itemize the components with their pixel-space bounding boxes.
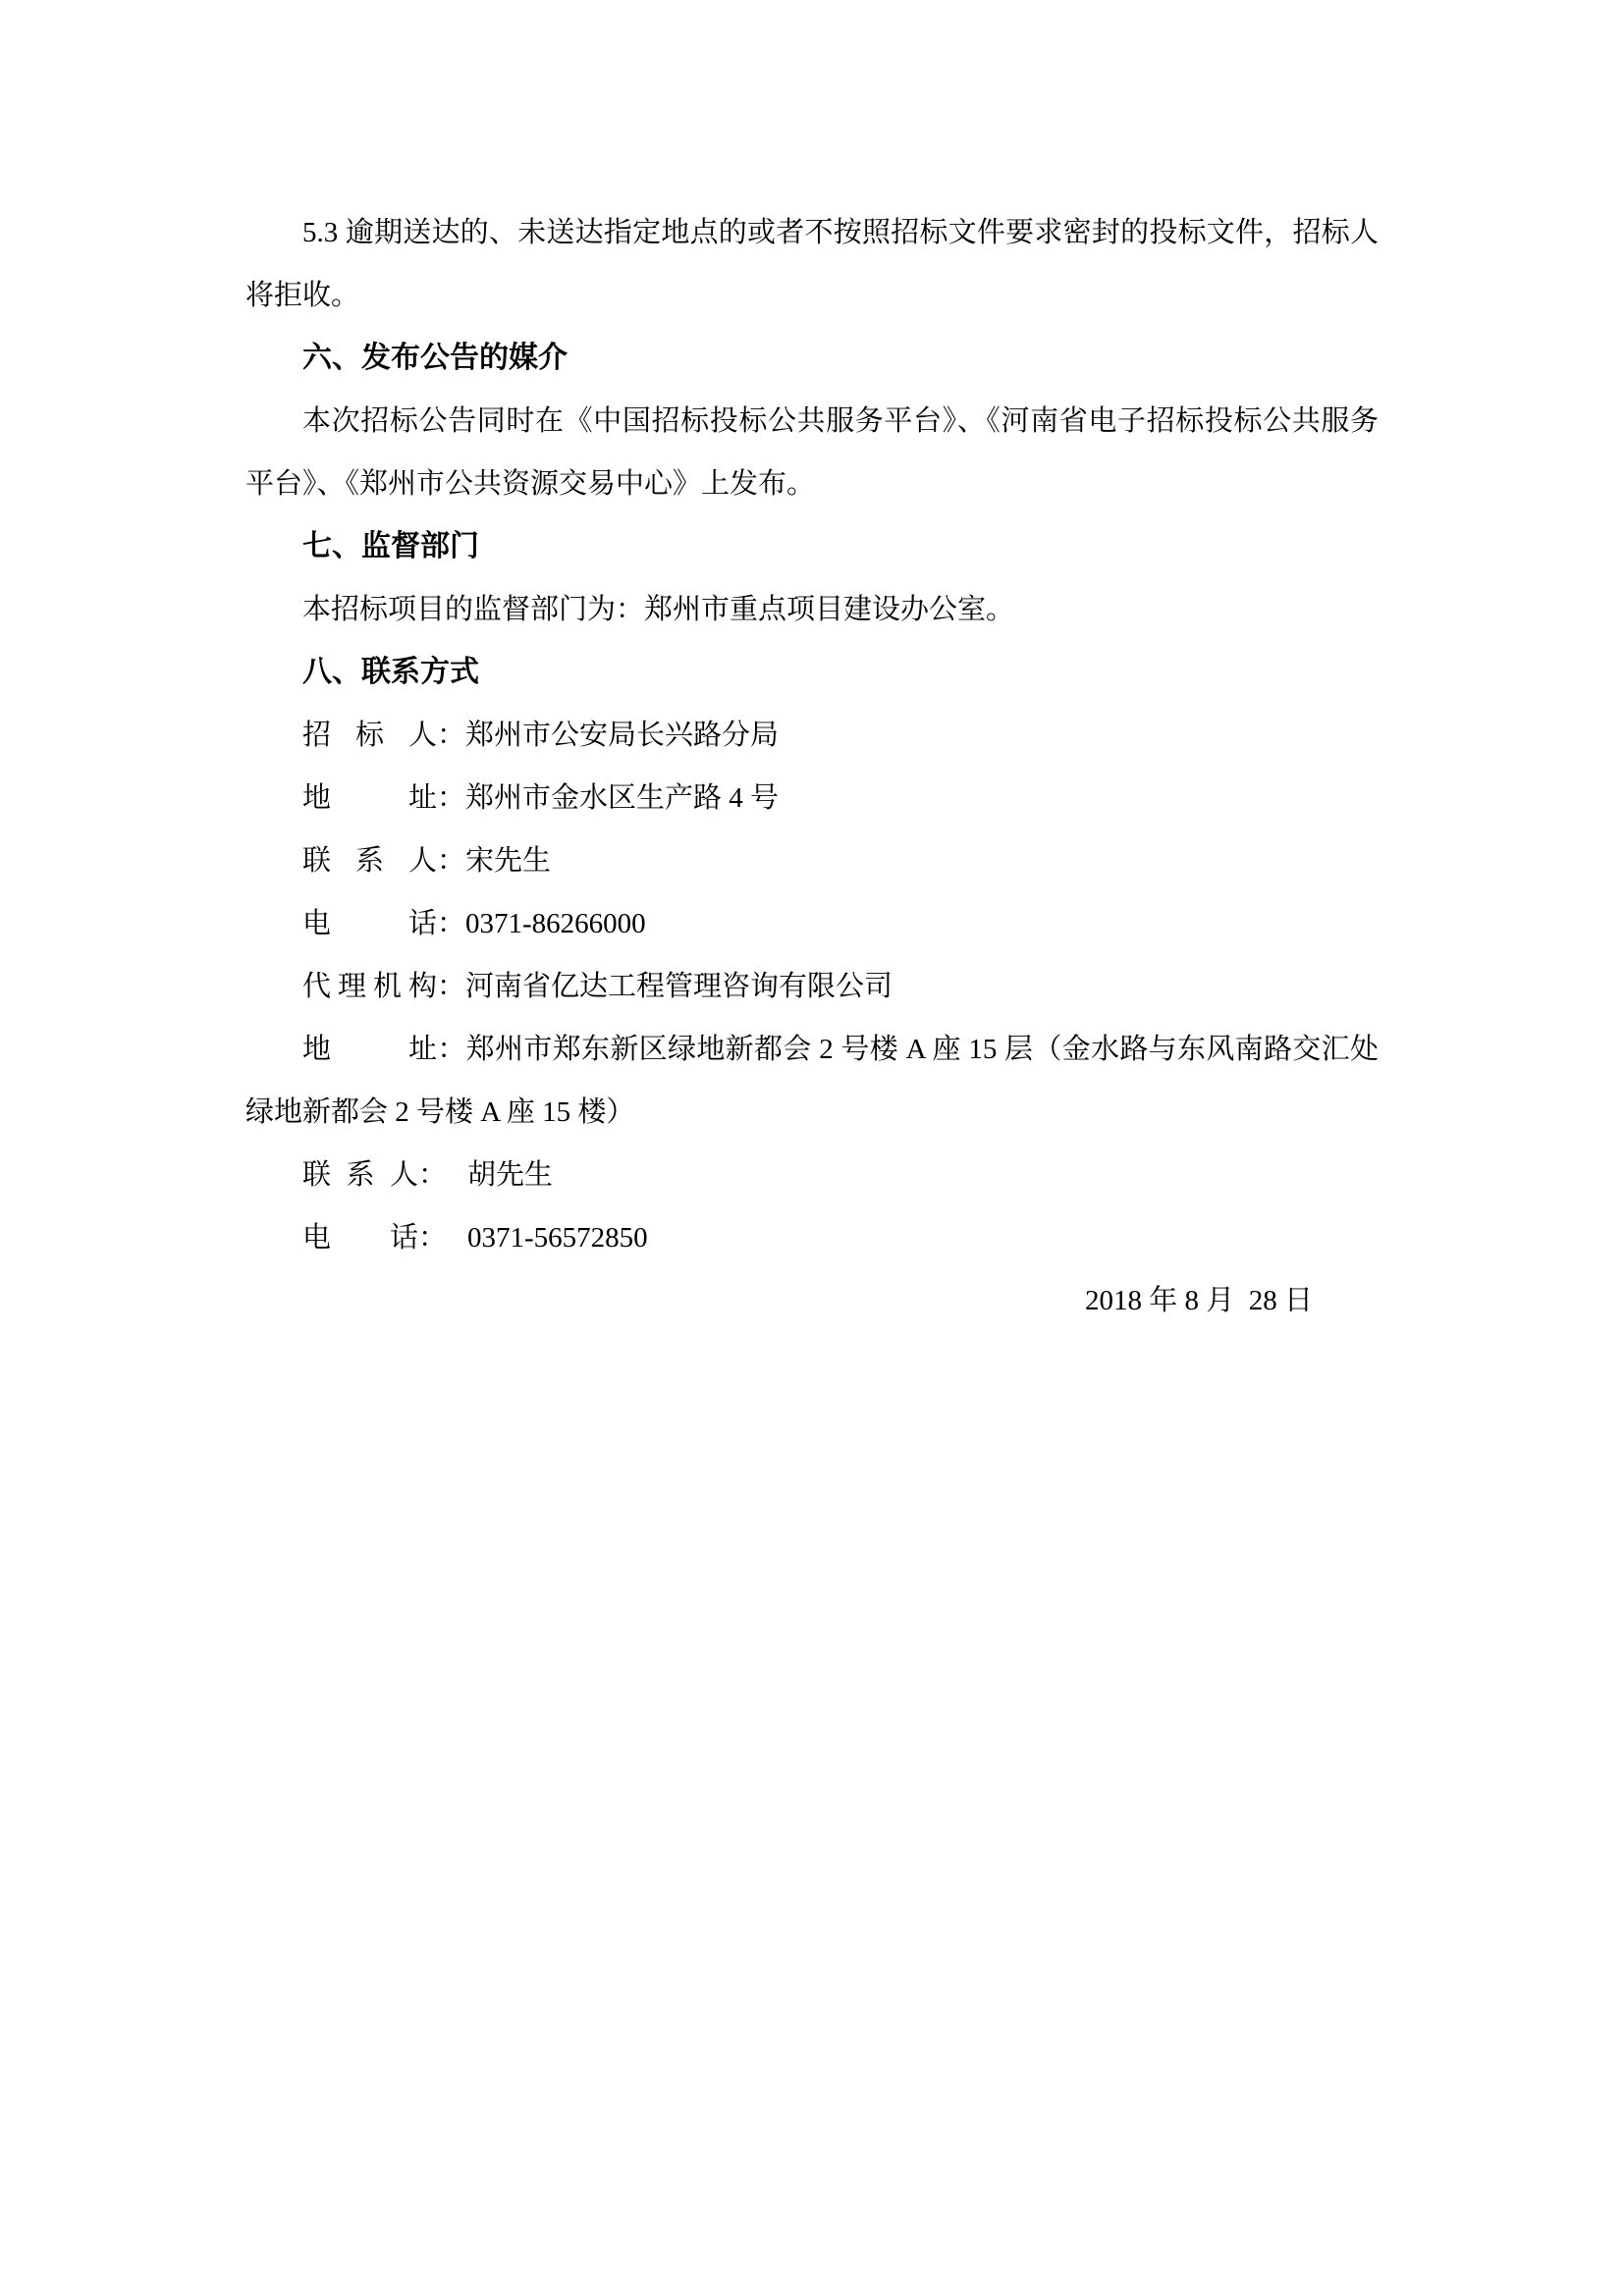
contact-label-tenderer: 招标人: [302, 704, 437, 767]
contact-label-tenderer-person: 联系人: [302, 829, 437, 892]
contact-label-tenderer-phone: 电话: [302, 892, 437, 955]
contact-label-agency-person: 联系人: [302, 1144, 418, 1206]
supervision-paragraph: 本招标项目的监督部门为：郑州市重点项目建设办公室。: [245, 578, 1379, 641]
contact-label-agency-phone: 电话: [302, 1206, 418, 1269]
contact-row-tenderer: 招标人：郑州市公安局长兴路分局: [245, 704, 1379, 767]
section-heading-contact: 八、联系方式: [245, 641, 1379, 704]
contact-row-tenderer-address: 地址：郑州市金水区生产路 4 号: [245, 767, 1379, 829]
date-line: 2018 年 8 月 28 日: [245, 1269, 1379, 1332]
contact-value-agency-person: 胡先生: [467, 1159, 553, 1191]
contact-value-agency: 河南省亿达工程管理咨询有限公司: [465, 971, 893, 1002]
contact-colon: ：: [437, 908, 465, 939]
contact-row-agency-address: 地址：郑州市郑东新区绿地新都会 2 号楼 A 座 15 层（金水路与东风南路交汇…: [245, 1018, 1379, 1144]
section-heading-media: 六、发布公告的媒介: [245, 327, 1379, 390]
contact-colon: ：: [418, 1222, 447, 1254]
contact-row-agency: 代理机构：河南省亿达工程管理咨询有限公司: [245, 955, 1379, 1018]
section-heading-supervision: 七、监督部门: [245, 515, 1379, 578]
contact-colon: ：: [437, 845, 465, 877]
contact-colon: ：: [418, 1159, 447, 1191]
contact-label-agency: 代理机构: [302, 955, 437, 1018]
contact-colon: ：: [437, 720, 465, 751]
contact-value-tenderer-person: 宋先生: [465, 845, 551, 877]
contact-colon: ：: [437, 971, 465, 1002]
contact-colon: ：: [437, 1034, 466, 1065]
contact-label-agency-address: 地址: [302, 1018, 437, 1081]
contact-row-tenderer-phone: 电话：0371-86266000: [245, 892, 1379, 955]
media-paragraph: 本次招标公告同时在《中国招标投标公共服务平台》、《河南省电子招标投标公共服务平台…: [245, 390, 1379, 515]
contact-value-agency-phone: 0371-56572850: [467, 1222, 648, 1254]
contact-colon: ：: [437, 782, 465, 814]
clause-5-3-paragraph: 5.3 逾期送达的、未送达指定地点的或者不按照招标文件要求密封的投标文件，招标人…: [245, 201, 1379, 327]
contact-value-tenderer-address: 郑州市金水区生产路 4 号: [465, 782, 779, 814]
contact-row-tenderer-person: 联系人：宋先生: [245, 829, 1379, 892]
contact-row-agency-person: 联系人：胡先生: [245, 1144, 1379, 1206]
contact-row-agency-phone: 电话：0371-56572850: [245, 1206, 1379, 1269]
document-page: 5.3 逾期送达的、未送达指定地点的或者不按照招标文件要求密封的投标文件，招标人…: [0, 0, 1624, 2296]
document-content: 5.3 逾期送达的、未送达指定地点的或者不按照招标文件要求密封的投标文件，招标人…: [245, 201, 1379, 1332]
contact-value-tenderer: 郑州市公安局长兴路分局: [465, 720, 779, 751]
contact-value-tenderer-phone: 0371-86266000: [465, 908, 646, 939]
contact-label-tenderer-address: 地址: [302, 767, 437, 829]
